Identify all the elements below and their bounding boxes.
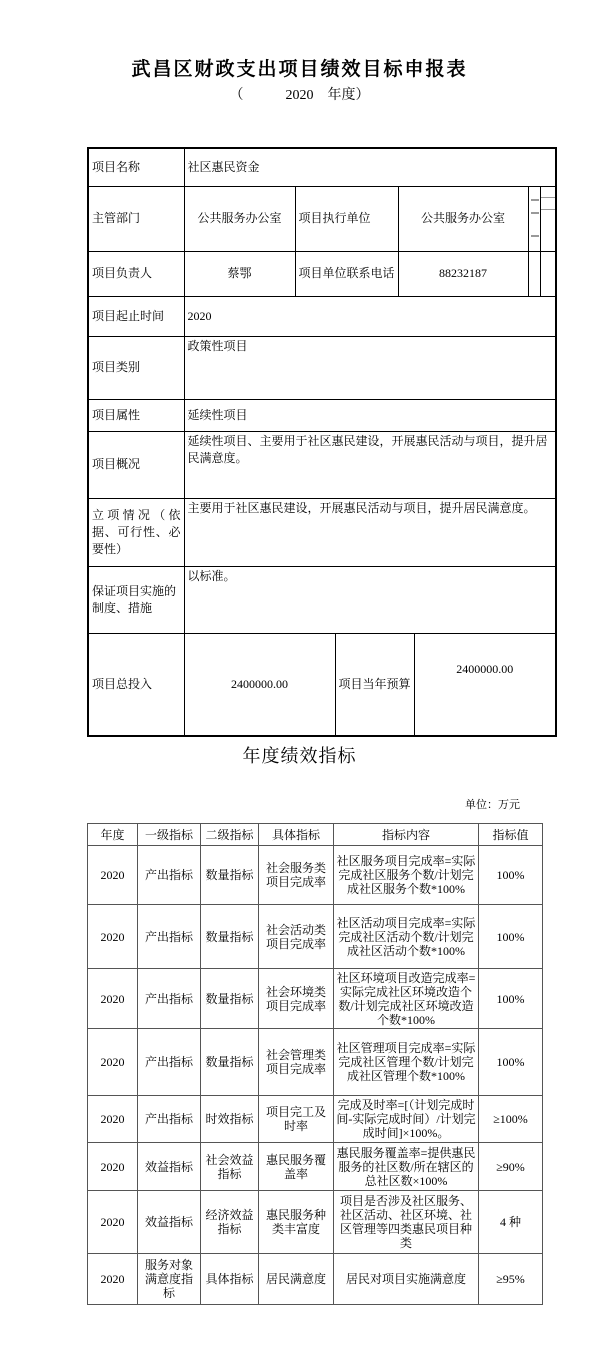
- cell-content: 社区管理项目完成率=实际完成社区管理个数/计划完成社区管理个数*100%: [334, 1029, 479, 1096]
- cell-value: 100%: [479, 905, 543, 969]
- row-guarantee: 保证项目实施的制度、措施 以标准。: [88, 566, 556, 633]
- empty-cell: [528, 251, 540, 296]
- label-category: 项目类别: [88, 336, 184, 399]
- indicator-row: 2020 效益指标 经济效益指标 惠民服务种类丰富度 项目是否涉及社区服务、社区…: [88, 1191, 543, 1254]
- label-annual-budget: 项目当年预算: [335, 633, 414, 736]
- cell-artifact-dashes: [528, 186, 540, 251]
- label-total-investment: 项目总投入: [88, 633, 184, 736]
- cell-level1: 效益指标: [138, 1143, 201, 1191]
- value-category: 政策性项目: [184, 336, 556, 399]
- cell-level1: 产出指标: [138, 1096, 201, 1143]
- row-dept: 主管部门 公共服务办公室 项目执行单位 公共服务办公室: [88, 186, 556, 251]
- cell-name: 社会环境类项目完成率: [259, 969, 334, 1029]
- cell-year: 2020: [88, 1191, 138, 1254]
- cell-level1: 产出指标: [138, 905, 201, 969]
- line-mark: [541, 197, 556, 198]
- page-title: 武昌区财政支出项目绩效目标申报表: [0, 54, 599, 81]
- cell-name: 惠民服务种类丰富度: [259, 1191, 334, 1254]
- label-establishment: 立项情况（依据、可行性、必要性）: [88, 498, 184, 566]
- value-exec-unit: 公共服务办公室: [398, 186, 528, 251]
- label-overview: 项目概况: [88, 431, 184, 498]
- cell-name: 居民满意度: [259, 1254, 334, 1305]
- indicator-header-row: 年度 一级指标 二级指标 具体指标 指标内容 指标值: [88, 824, 543, 846]
- page-subtitle: （ 2020 年度）: [0, 84, 599, 104]
- indicator-row: 2020 产出指标 时效指标 项目完工及时率 完成及时率=[（计划完成时间-实际…: [88, 1096, 543, 1143]
- cell-content: 社区服务项目完成率=实际完成社区服务个数/计划完成社区服务个数*100%: [334, 846, 479, 905]
- value-annual-budget: 2400000.00: [414, 633, 556, 736]
- col-header-level2: 二级指标: [201, 824, 259, 846]
- cell-level1: 产出指标: [138, 969, 201, 1029]
- col-header-name: 具体指标: [259, 824, 334, 846]
- label-exec-unit: 项目执行单位: [295, 186, 398, 251]
- cell-content: 居民对项目实施满意度: [334, 1254, 479, 1305]
- cell-level2: 社会效益指标: [201, 1143, 259, 1191]
- value-phone: 88232187: [398, 251, 528, 296]
- label-dept: 主管部门: [88, 186, 184, 251]
- row-establishment: 立项情况（依据、可行性、必要性） 主要用于社区惠民建设，开展惠民活动与项目，提升…: [88, 498, 556, 566]
- label-phone: 项目单位联系电话: [295, 251, 398, 296]
- indicator-row: 2020 产出指标 数量指标 社会环境类项目完成率 社区环境项目改造完成率=实际…: [88, 969, 543, 1029]
- cell-name: 社会服务类项目完成率: [259, 846, 334, 905]
- indicator-row: 2020 服务对象满意度指标 具体指标 居民满意度 居民对项目实施满意度 ≥95…: [88, 1254, 543, 1305]
- indicator-row: 2020 效益指标 社会效益指标 惠民服务覆盖率 惠民服务覆盖率=提供惠民服务的…: [88, 1143, 543, 1191]
- dash-mark: [531, 235, 539, 237]
- cell-year: 2020: [88, 969, 138, 1029]
- indicator-table: 年度 一级指标 二级指标 具体指标 指标内容 指标值 2020 产出指标 数量指…: [87, 823, 543, 1305]
- cell-name: 社会管理类项目完成率: [259, 1029, 334, 1096]
- cell-value: 100%: [479, 969, 543, 1029]
- cell-level1: 服务对象满意度指标: [138, 1254, 201, 1305]
- cell-name: 社会活动类项目完成率: [259, 905, 334, 969]
- cell-level1: 产出指标: [138, 1029, 201, 1096]
- cell-name: 项目完工及时率: [259, 1096, 334, 1143]
- label-attribute: 项目属性: [88, 399, 184, 431]
- cell-year: 2020: [88, 1143, 138, 1191]
- col-header-year: 年度: [88, 824, 138, 846]
- cell-level1: 效益指标: [138, 1191, 201, 1254]
- cell-level1: 产出指标: [138, 846, 201, 905]
- cell-content: 社区环境项目改造完成率=实际完成社区环境改造个数/计划完成社区环境改造个数*10…: [334, 969, 479, 1029]
- cell-content: 项目是否涉及社区服务、社区活动、社区环境、社区管理等四类惠民项目种类: [334, 1191, 479, 1254]
- value-dept: 公共服务办公室: [184, 186, 295, 251]
- cell-value: 100%: [479, 846, 543, 905]
- cell-value: 100%: [479, 1029, 543, 1096]
- cell-value: 4 种: [479, 1191, 543, 1254]
- row-investment: 项目总投入 2400000.00 项目当年预算 2400000.00: [88, 633, 556, 736]
- row-period: 项目起止时间 2020: [88, 296, 556, 336]
- row-project-name: 项目名称 社区惠民资金: [88, 148, 556, 186]
- cell-year: 2020: [88, 905, 138, 969]
- cell-level2: 经济效益指标: [201, 1191, 259, 1254]
- row-category: 项目类别 政策性项目: [88, 336, 556, 399]
- indicator-row: 2020 产出指标 数量指标 社会管理类项目完成率 社区管理项目完成率=实际完成…: [88, 1029, 543, 1096]
- label-guarantee: 保证项目实施的制度、措施: [88, 566, 184, 633]
- value-establishment: 主要用于社区惠民建设，开展惠民活动与项目，提升居民满意度。: [184, 498, 556, 566]
- label-period: 项目起止时间: [88, 296, 184, 336]
- value-total-investment: 2400000.00: [184, 633, 335, 736]
- dash-mark: [531, 212, 539, 214]
- cell-year: 2020: [88, 1029, 138, 1096]
- value-period: 2020: [184, 296, 556, 336]
- cell-content: 完成及时率=[（计划完成时间-实际完成时间）/计划完成时间]×100%。: [334, 1096, 479, 1143]
- cell-value: ≥100%: [479, 1096, 543, 1143]
- cell-level2: 数量指标: [201, 905, 259, 969]
- col-header-level1: 一级指标: [138, 824, 201, 846]
- label-project-name: 项目名称: [88, 148, 184, 186]
- empty-cell: [540, 251, 556, 296]
- cell-year: 2020: [88, 1254, 138, 1305]
- value-attribute: 延续性项目: [184, 399, 556, 431]
- row-attribute: 项目属性 延续性项目: [88, 399, 556, 431]
- row-overview: 项目概况 延续性项目、主要用于社区惠民建设，开展惠民活动与项目，提升居民满意度。: [88, 431, 556, 498]
- project-info-table: 项目名称 社区惠民资金 主管部门 公共服务办公室 项目执行单位 公共服务办公室 …: [87, 147, 557, 737]
- unit-label: 单位：万元: [465, 796, 520, 812]
- cell-year: 2020: [88, 846, 138, 905]
- document-page: 武昌区财政支出项目绩效目标申报表 （ 2020 年度） 项目名称 社区惠民资金 …: [0, 0, 599, 1361]
- cell-artifact-lines: [540, 186, 556, 251]
- cell-value: ≥90%: [479, 1143, 543, 1191]
- cell-name: 惠民服务覆盖率: [259, 1143, 334, 1191]
- value-guarantee: 以标准。: [184, 566, 556, 633]
- cell-year: 2020: [88, 1096, 138, 1143]
- cell-level2: 数量指标: [201, 969, 259, 1029]
- row-leader: 项目负责人 蔡鄂 项目单位联系电话 88232187: [88, 251, 556, 296]
- value-overview: 延续性项目、主要用于社区惠民建设，开展惠民活动与项目，提升居民满意度。: [184, 431, 556, 498]
- cell-value: ≥95%: [479, 1254, 543, 1305]
- indicator-row: 2020 产出指标 数量指标 社会服务类项目完成率 社区服务项目完成率=实际完成…: [88, 846, 543, 905]
- cell-level2: 数量指标: [201, 846, 259, 905]
- label-leader: 项目负责人: [88, 251, 184, 296]
- value-project-name: 社区惠民资金: [184, 148, 556, 186]
- cell-content: 社区活动项目完成率=实际完成社区活动个数/计划完成社区活动个数*100%: [334, 905, 479, 969]
- line-mark: [541, 209, 556, 210]
- dash-mark: [531, 199, 539, 201]
- cell-level2: 数量指标: [201, 1029, 259, 1096]
- col-header-content: 指标内容: [334, 824, 479, 846]
- col-header-value: 指标值: [479, 824, 543, 846]
- cell-level2: 时效指标: [201, 1096, 259, 1143]
- cell-content: 惠民服务覆盖率=提供惠民服务的社区数/所在辖区的总社区数×100%: [334, 1143, 479, 1191]
- section-title-annual-indicators: 年度绩效指标: [0, 742, 599, 768]
- cell-level2: 具体指标: [201, 1254, 259, 1305]
- indicator-row: 2020 产出指标 数量指标 社会活动类项目完成率 社区活动项目完成率=实际完成…: [88, 905, 543, 969]
- value-leader: 蔡鄂: [184, 251, 295, 296]
